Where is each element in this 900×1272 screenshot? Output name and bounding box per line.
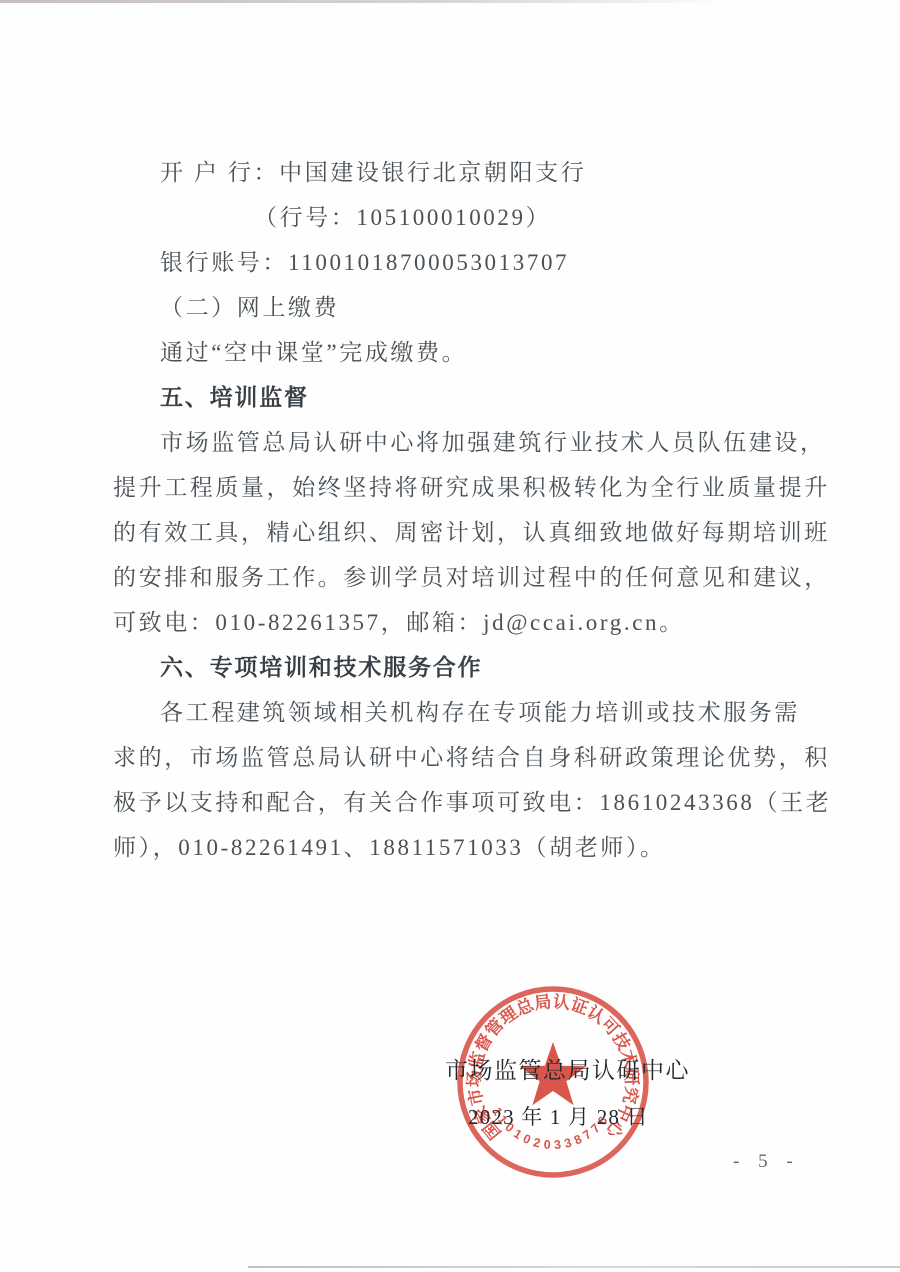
doc-line-bank-code: （行号：105100010029）	[113, 195, 823, 240]
doc-line-account: 银行账号：11001018700053013707	[113, 240, 823, 285]
doc-line: 各工程建筑领域相关机构存在专项能力培训或技术服务需	[113, 690, 823, 735]
doc-line: 提升工程质量，始终坚持将研究成果积极转化为全行业质量提升	[113, 465, 823, 510]
doc-line: 的安排和服务工作。参训学员对培训过程中的任何意见和建议，	[113, 555, 823, 600]
scanned-document-page: 开 户 行：中国建设银行北京朝阳支行 （行号：105100010029） 银行账…	[0, 0, 900, 1272]
doc-line-contact: 师），010-82261491、18811571033（胡老师）。	[113, 825, 823, 870]
doc-line-contact: 可致电：010-82261357，邮箱：jd@ccai.org.cn。	[113, 600, 823, 645]
doc-line-pay-online: 通过“空中课堂”完成缴费。	[113, 330, 823, 375]
signature-org: 市场监管总局认研中心	[445, 1052, 690, 1085]
doc-line-bank-name: 开 户 行：中国建设银行北京朝阳支行	[113, 150, 823, 195]
section-heading-5: 五、培训监督	[113, 375, 823, 420]
scan-edge-artifact-top	[0, 0, 725, 3]
doc-line-subitem: （二）网上缴费	[113, 285, 823, 330]
doc-line: 求的，市场监管总局认研中心将结合自身科研政策理论优势，积	[113, 735, 823, 780]
document-body: 开 户 行：中国建设银行北京朝阳支行 （行号：105100010029） 银行账…	[113, 150, 823, 870]
page-number: - 5 -	[733, 1151, 800, 1173]
doc-line: 极予以支持和配合，有关合作事项可致电：18610243368（王老	[113, 780, 823, 825]
signature-date: 2023 年 1 月 28 日	[468, 1101, 649, 1131]
doc-line: 的有效工具，精心组织、周密计划，认真细致地做好每期培训班	[113, 510, 823, 555]
doc-line: 市场监管总局认研中心将加强建筑行业技术人员队伍建设，	[113, 420, 823, 465]
scan-edge-artifact-bottom	[248, 1266, 900, 1268]
section-heading-6: 六、专项培训和技术服务合作	[113, 645, 823, 690]
